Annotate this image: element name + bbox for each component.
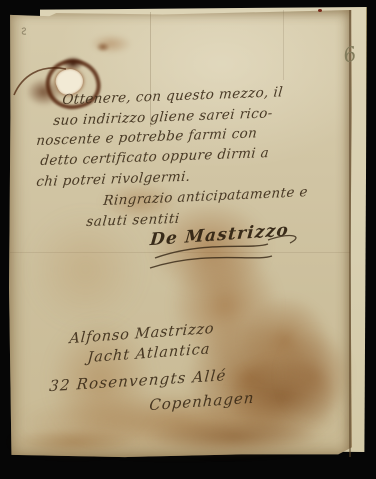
letter-photograph: Ottenere, con questo mezzo, il suo indir… xyxy=(0,0,376,479)
paper-edge xyxy=(349,10,351,457)
closing-line: saluti sentiti xyxy=(86,211,181,230)
ink-speck xyxy=(318,9,322,12)
